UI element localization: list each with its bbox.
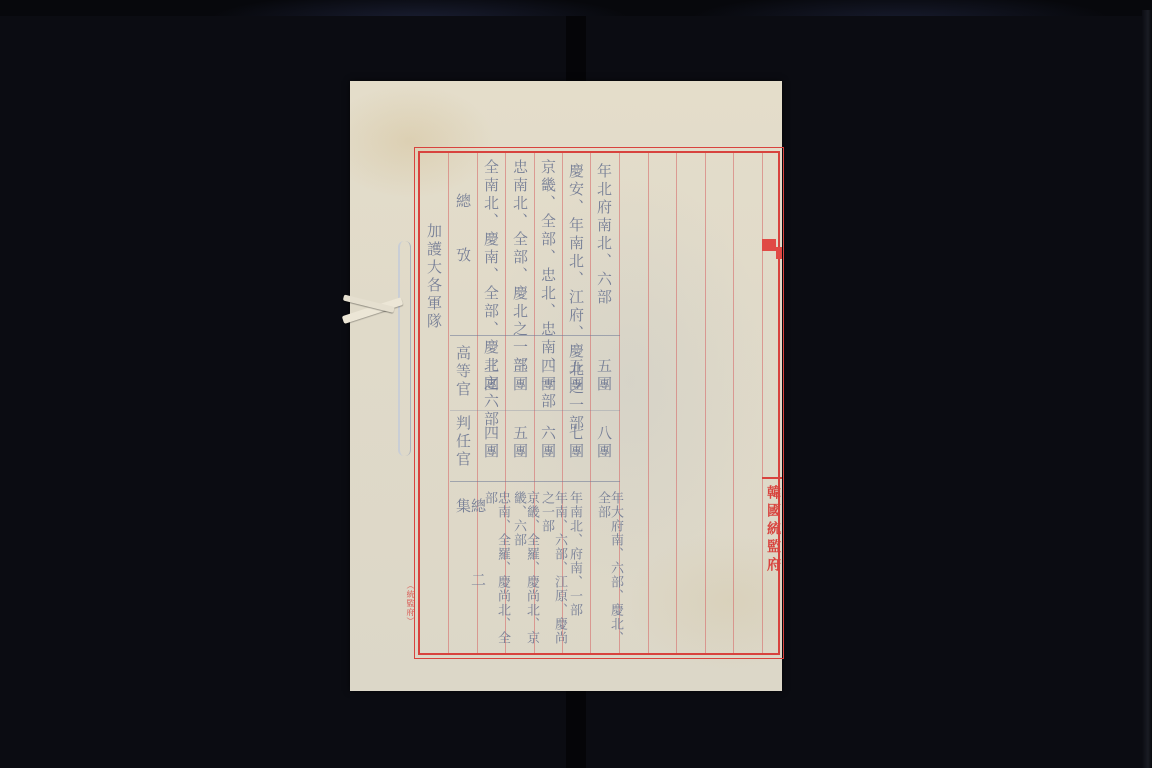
bleed-through-text (654, 193, 671, 393)
table-cell: 年南、六部、江原、慶尚之一部 (540, 491, 566, 653)
column-rule (733, 153, 734, 653)
table-cell: 四團 (483, 425, 498, 461)
table-cell: 三團 (483, 358, 498, 394)
table-rule-middle (450, 410, 620, 411)
binding-string (398, 241, 411, 456)
bleed-through-text (738, 203, 755, 453)
text-column-7: 加護大各軍隊 (426, 223, 441, 331)
table-cell: 高等官 (455, 345, 470, 399)
bleed-through-text (682, 213, 699, 438)
seal-rule (762, 477, 782, 479)
column-rule (676, 153, 677, 653)
document-page: （統監府） 年北府南北、六部 慶安、年南北、江府、慶北之一部 京畿、全部、忠北、… (350, 81, 782, 691)
text-column-6: 總 攷 (455, 193, 470, 265)
margin-stamp: （統監府） (405, 581, 416, 626)
table-cell: 四團 (540, 358, 555, 394)
table-cell: 五團 (568, 358, 583, 394)
column-rule (590, 153, 591, 653)
table-cell: 三團 (512, 358, 527, 394)
column-rule (705, 153, 706, 653)
table-cell: 總 二 集 (455, 498, 485, 653)
table-cell: 六團 (540, 425, 555, 461)
seal-tab (776, 247, 782, 259)
table-rule-top (450, 335, 620, 336)
text-column-1: 年北府南北、六部 (596, 163, 611, 307)
table-cell: 京畿、全羅、慶尚北、京畿、六部 (512, 491, 538, 653)
table-cell: 八團 (596, 425, 611, 461)
table-cell: 五團 (512, 425, 527, 461)
text-column-4: 忠南北、全部、慶北之一部 (512, 159, 527, 375)
display-frame-edge (1142, 10, 1152, 768)
ruled-grid-frame: 年北府南北、六部 慶安、年南北、江府、慶北之一部 京畿、全部、忠北、忠南、一部 … (418, 151, 780, 655)
table-cell: 判任官 (455, 415, 470, 469)
table-rule-bottom (450, 481, 620, 482)
table-cell: 五團 (596, 358, 611, 394)
bleed-through-text (710, 193, 727, 443)
seal-tab (762, 239, 776, 251)
column-rule (762, 153, 763, 653)
column-rule (448, 153, 449, 653)
table-cell: 年南北、府南、一部 (568, 491, 581, 617)
seal-text: 韓國統監府 (763, 485, 783, 575)
table-cell: 年大府南、六部、慶北、全部 (596, 491, 622, 653)
column-rule (648, 153, 649, 653)
table-cell: 七團 (568, 425, 583, 461)
